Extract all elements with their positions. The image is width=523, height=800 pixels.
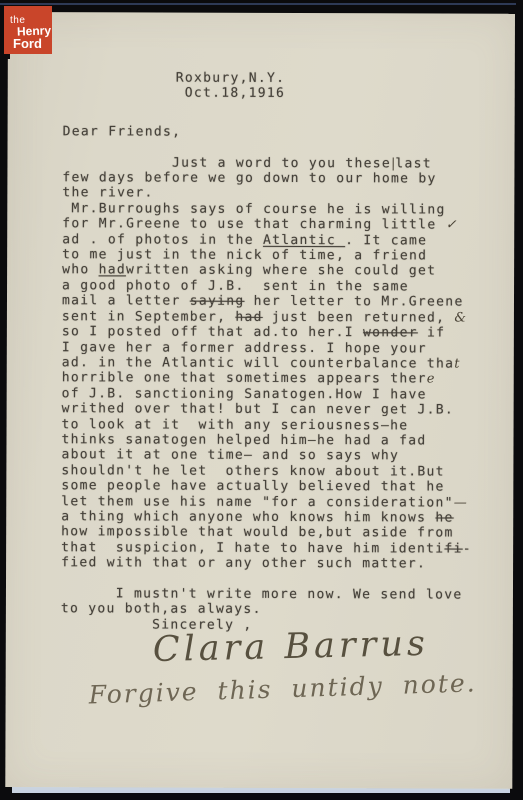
- handwritten-postscript: Forgive this untidy note.: [89, 674, 501, 702]
- handwritten-mark: e: [427, 372, 435, 387]
- letter-line: horrible one that sometimes appears ther…: [62, 371, 502, 388]
- letter-line: some people have actually believed that …: [61, 478, 501, 495]
- typed-text: some people have actually believed that …: [61, 478, 444, 494]
- henry-ford-logo: the Henry Ford: [4, 6, 52, 54]
- typed-text: written asking where she could get: [126, 263, 436, 279]
- typed-text: he: [435, 510, 453, 525]
- typed-text: saying: [190, 294, 245, 309]
- typed-text: Atlantic: [263, 233, 345, 248]
- typed-text: horrible one that sometimes appears ther: [62, 371, 427, 387]
- letter-line: for Mr.Greene to use that charming littl…: [62, 216, 502, 233]
- typed-text: her letter to Mr.Greene: [245, 294, 464, 310]
- typed-text: fied with that or any other such matter.: [61, 555, 426, 571]
- letter-line: writhed over that! but I can never get J…: [62, 401, 502, 418]
- letter-line: Dear Friends,: [63, 124, 503, 141]
- typed-text: . It came: [345, 233, 427, 248]
- handwritten-mark: &: [454, 310, 466, 325]
- typed-text: had: [235, 309, 262, 324]
- typed-text: how impossible that would be,but aside f…: [61, 525, 454, 541]
- typed-text: last: [395, 156, 432, 171]
- typed-text: to me just in the nick of time, a friend: [62, 247, 427, 263]
- typed-text: for Mr.Greene to use that charming littl…: [62, 216, 445, 232]
- letter-line: let them use his name "for a considerati…: [61, 494, 501, 511]
- typed-text: Just a word to you these: [62, 155, 391, 171]
- typed-text: a good photo of J.B. sent in the same: [62, 278, 409, 294]
- typed-text: to you both,as always.: [61, 602, 262, 618]
- handwritten-mark: —: [454, 495, 467, 510]
- letter-line: mail a letter saying her letter to Mr.Gr…: [62, 293, 502, 310]
- letter-date: Oct.18,1916: [185, 86, 503, 103]
- typed-text: a thing which anyone who knows him knows: [61, 509, 435, 525]
- typed-text: Mr.Burroughs says of course he is willin…: [62, 201, 445, 217]
- scanned-letter-view: Roxbury,N.Y. Oct.18,1916 Dear Friends, J…: [0, 0, 523, 800]
- letter-line: to you both,as always.: [61, 602, 501, 619]
- letter-line: about it at one time— and so says why: [61, 448, 501, 465]
- letter-line: of J.B. sanctioning Sanatogen.How I have: [62, 386, 502, 403]
- letter-line: ad . of photos in the Atlantic . It came: [62, 232, 502, 249]
- letter-line: so I posted off that ad.to her.I wonder …: [62, 324, 502, 341]
- letter-lines: Dear Friends, Just a word to you these|l…: [61, 124, 503, 634]
- typed-text: writhed over that! but I can never get J…: [62, 401, 455, 417]
- logo-word-ford: Ford: [13, 36, 42, 51]
- typed-text: if: [418, 326, 445, 341]
- signature-clara-barrus: Clara Barrus: [153, 635, 501, 658]
- typed-text: mail a letter: [62, 293, 190, 308]
- typed-text: Dear Friends,: [63, 124, 182, 139]
- typed-text: let them use his name "for a considerati…: [61, 494, 454, 510]
- letter-line: who hadwritten asking where she could ge…: [62, 263, 502, 280]
- letter-line: [61, 571, 501, 588]
- letter-body: Roxbury,N.Y. Oct.18,1916 Dear Friends, J…: [61, 12, 503, 697]
- typed-text: who: [62, 263, 99, 278]
- typed-text: to look at it with any seriousness—he: [62, 417, 409, 433]
- letter-line: I gave her a former address. I hope your: [62, 340, 502, 357]
- typed-text: had: [99, 263, 126, 278]
- typed-text: fi: [444, 541, 462, 556]
- letter-line: the river.: [62, 186, 502, 203]
- typed-text: thinks sanatogen helped him—he had a fad: [61, 432, 426, 448]
- letter-paper: Roxbury,N.Y. Oct.18,1916 Dear Friends, J…: [5, 12, 515, 789]
- typed-text: -: [463, 541, 472, 556]
- typed-text: ad. in the Atlantic will counterbalance …: [62, 355, 455, 371]
- letter-line: Just a word to you these|last: [62, 155, 502, 172]
- typed-text: about it at one time— and so says why: [61, 448, 399, 464]
- letter-line: how impossible that would be,but aside f…: [61, 525, 501, 542]
- handwritten-mark: ✓: [446, 218, 457, 233]
- letter-line: sent in September, had just been returne…: [62, 309, 502, 326]
- letter-line: fied with that or any other such matter.: [61, 555, 501, 572]
- typed-text: so I posted off that ad.to her.I: [62, 324, 363, 340]
- letter-line: that suspicion, I hate to have him ident…: [61, 540, 501, 557]
- letter-line: shouldn't he let others know about it.Bu…: [61, 463, 501, 480]
- scan-top-edge: [0, 3, 516, 5]
- typed-text: I gave her a former address. I hope your: [62, 340, 427, 356]
- typed-text: just been returned,: [263, 310, 455, 326]
- typed-text: shouldn't he let others know about it.Bu…: [61, 463, 444, 479]
- typed-text: ad . of photos in the: [62, 232, 263, 248]
- handwritten-mark: t: [454, 356, 459, 371]
- typed-text: few days before we go down to our home b…: [62, 170, 436, 186]
- typed-text: I mustn't write more now. We send love: [61, 586, 463, 602]
- typed-text: sent in September,: [62, 309, 235, 325]
- typed-text: the river.: [62, 186, 153, 201]
- letter-line: [63, 139, 503, 156]
- typed-text: of J.B. sanctioning Sanatogen.How I have: [62, 386, 427, 402]
- typed-text: wonder: [363, 325, 418, 340]
- typed-text: that suspicion, I hate to have him ident…: [61, 540, 444, 556]
- letter-place: Roxbury,N.Y.: [176, 71, 503, 88]
- letter-line: to look at it with any seriousness—he: [62, 417, 502, 434]
